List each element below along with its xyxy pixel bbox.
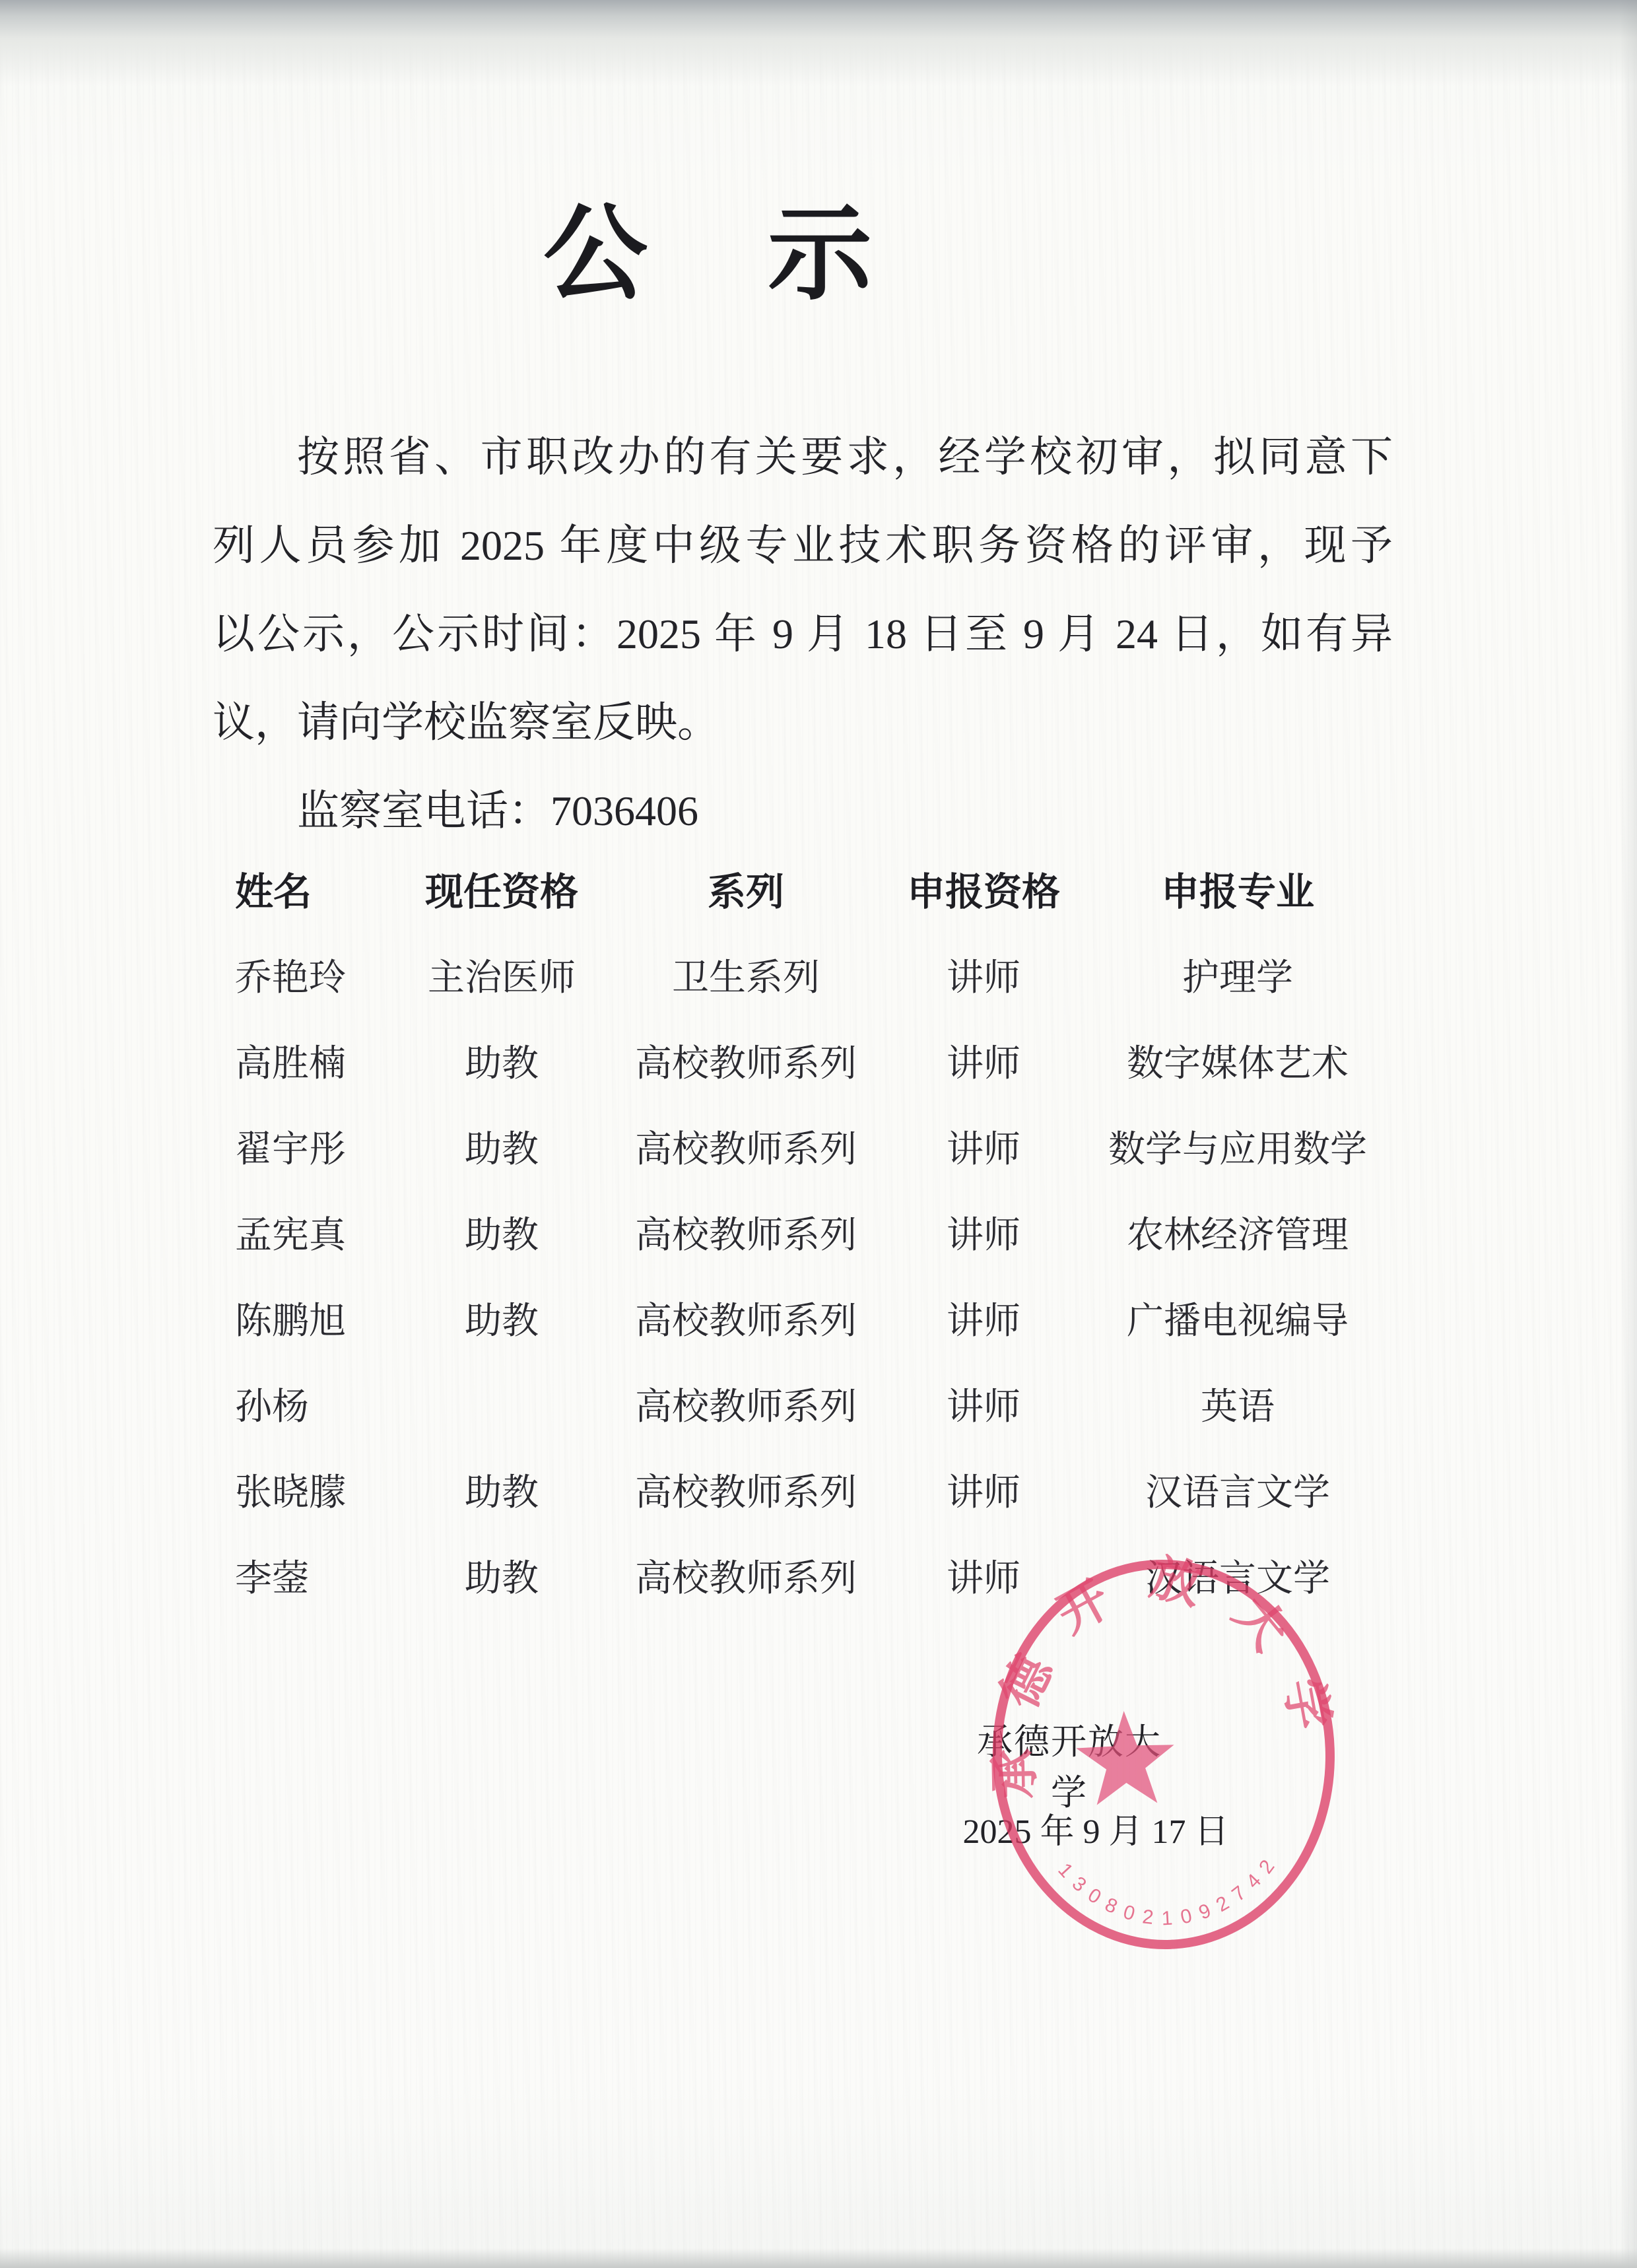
- table-cell: 申报专业: [1083, 861, 1393, 916]
- body-line: 按照省、市职改办的有关要求，经学校初审，拟同意下: [213, 413, 1393, 502]
- table-cell: 助教: [396, 1292, 607, 1345]
- table-cell: 高校教师系列: [607, 1463, 885, 1516]
- svg-text:1308021092742: 1308021092742: [1053, 1848, 1286, 1933]
- signature-org: 承德开放大学: [960, 1714, 1178, 1815]
- table-cell: 讲师: [885, 949, 1083, 1001]
- table-row: 高胜楠助教高校教师系列讲师数字媒体艺术: [211, 1018, 1393, 1104]
- table-cell: 助教: [396, 1120, 607, 1173]
- table-cell: 汉语言文学: [1083, 1463, 1393, 1516]
- table-cell: 高胜楠: [211, 1034, 396, 1087]
- table-cell: 孟宪真: [211, 1206, 396, 1259]
- table-row: 李蓥助教高校教师系列讲师汉语言文学: [211, 1533, 1393, 1618]
- table-cell: 数字媒体艺术: [1083, 1034, 1393, 1087]
- table-cell: 高校教师系列: [607, 1206, 885, 1259]
- table-cell: 高校教师系列: [607, 1549, 885, 1602]
- table-cell: 高校教师系列: [607, 1120, 885, 1173]
- seal-serial-number: 1308021092742: [1053, 1848, 1286, 1933]
- table-cell: 讲师: [885, 1292, 1083, 1345]
- table-cell: 孙杨: [211, 1378, 396, 1430]
- signature-date: 2025 年 9 月 17 日: [954, 1803, 1238, 1853]
- table-cell: 讲师: [885, 1034, 1083, 1087]
- table-cell: 卫生系列: [607, 949, 885, 1001]
- table-row: 孙杨高校教师系列讲师英语: [211, 1361, 1393, 1447]
- body-paragraph: 按照省、市职改办的有关要求，经学校初审，拟同意下列人员参加 2025 年度中级专…: [213, 413, 1393, 855]
- table-cell: 高校教师系列: [607, 1292, 885, 1345]
- table-cell: 现任资格: [396, 861, 607, 916]
- table-cell: 广播电视编导: [1083, 1292, 1393, 1345]
- table-cell: 助教: [396, 1034, 607, 1087]
- scan-edge-bottom: [0, 2248, 1637, 2268]
- table-cell: 翟宇彤: [211, 1120, 396, 1173]
- table-cell: 讲师: [885, 1378, 1083, 1430]
- table-cell: 讲师: [885, 1549, 1083, 1602]
- body-line: 列人员参加 2025 年度中级专业技术职务资格的评审，现予: [213, 502, 1393, 590]
- table-cell: 高校教师系列: [607, 1034, 885, 1087]
- table-cell: 系列: [607, 861, 885, 916]
- table-cell: 高校教师系列: [607, 1378, 885, 1430]
- scanned-notice-page: 公示 按照省、市职改办的有关要求，经学校初审，拟同意下列人员参加 2025 年度…: [0, 0, 1637, 2268]
- table-cell: 助教: [396, 1206, 607, 1259]
- table-cell: 陈鹏旭: [211, 1292, 396, 1345]
- table-row: 陈鹏旭助教高校教师系列讲师广播电视编导: [211, 1275, 1393, 1361]
- table-row: 乔艳玲主治医师卫生系列讲师护理学: [211, 932, 1393, 1018]
- body-line: 议，请向学校监察室反映。: [213, 679, 1393, 767]
- table-cell: 申报资格: [885, 861, 1083, 916]
- table-cell: 乔艳玲: [211, 949, 396, 1001]
- table-cell: 讲师: [885, 1463, 1083, 1516]
- table-cell: 李蓥: [211, 1549, 396, 1602]
- table-cell: 农林经济管理: [1083, 1206, 1393, 1259]
- table-cell: 主治医师: [396, 949, 607, 1001]
- scan-edge-top: [0, 0, 1637, 86]
- table-row: 孟宪真助教高校教师系列讲师农林经济管理: [211, 1189, 1393, 1275]
- applicants-table: 姓名现任资格系列申报资格申报专业 乔艳玲主治医师卫生系列讲师护理学高胜楠助教高校…: [211, 845, 1393, 1618]
- table-cell: 讲师: [885, 1120, 1083, 1173]
- scan-edge-right: [1620, 0, 1637, 2268]
- table-cell: 讲师: [885, 1206, 1083, 1259]
- table-cell: 张晓朦: [211, 1463, 396, 1516]
- table-cell: 助教: [396, 1549, 607, 1602]
- page-title: 公示: [0, 170, 1526, 320]
- table-cell: 数学与应用数学: [1083, 1120, 1393, 1173]
- table-cell: 姓名: [211, 861, 396, 916]
- body-line: 以公示，公示时间：2025 年 9 月 18 日至 9 月 24 日，如有异: [213, 590, 1393, 679]
- table-cell: 汉语言文学: [1083, 1549, 1393, 1602]
- table-cell: 助教: [396, 1463, 607, 1516]
- table-cell: 英语: [1083, 1378, 1393, 1430]
- table-row: 翟宇彤助教高校教师系列讲师数学与应用数学: [211, 1104, 1393, 1189]
- table-cell: 护理学: [1083, 949, 1393, 1001]
- table-row: 张晓朦助教高校教师系列讲师汉语言文学: [211, 1447, 1393, 1533]
- table-header-row: 姓名现任资格系列申报资格申报专业: [211, 845, 1393, 932]
- table-rows: 乔艳玲主治医师卫生系列讲师护理学高胜楠助教高校教师系列讲师数字媒体艺术翟宇彤助教…: [211, 932, 1393, 1618]
- body-line: 监察室电话：7036406: [213, 767, 1393, 855]
